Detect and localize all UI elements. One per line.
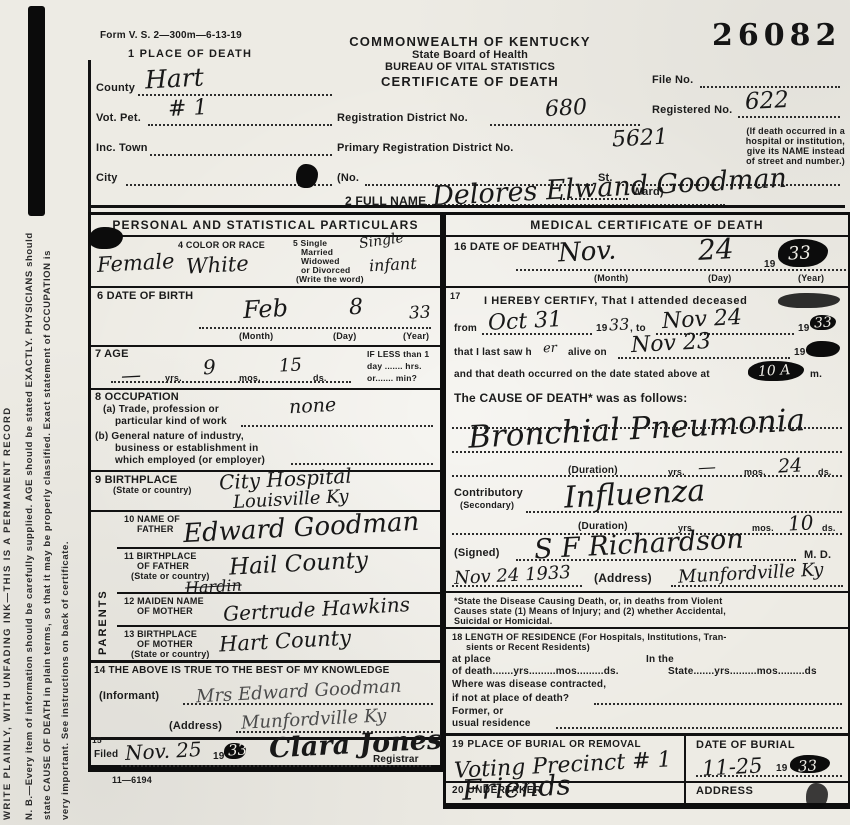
father-birthplace-struck-value: Hardin: [185, 576, 243, 598]
dotted-leader: [482, 333, 592, 335]
dob-day-sublabel: (Day): [333, 331, 357, 342]
dob-year-sublabel: (Year): [403, 331, 429, 342]
dotted-leader: [138, 94, 332, 96]
dotted-leader: [452, 427, 842, 429]
rule: [88, 205, 845, 208]
signed-address-label: (Address): [594, 571, 652, 585]
cause-value: Bronchial Pneumonia: [467, 402, 806, 456]
ifless-line3: or....... min?: [367, 373, 417, 383]
father-name-label-line2: FATHER: [137, 524, 174, 535]
informant-address-label: (Address): [169, 720, 222, 733]
meridiem-label: m.: [810, 369, 822, 381]
rule: [91, 388, 440, 390]
dotted-leader: [150, 154, 332, 156]
ink-blot-over-deceased: [778, 293, 840, 308]
birthplace-sublabel: (State or country): [113, 485, 192, 496]
county-value: Hart: [144, 62, 204, 94]
mother-birthplace-value: Hart County: [218, 626, 351, 657]
occupation-a-line2: particular kind of work: [115, 416, 227, 428]
age-mos-value: 9: [202, 355, 216, 380]
vot-pet-label: Vot. Pet.: [96, 112, 141, 125]
father-name-value: Edward Goodman: [182, 507, 420, 549]
certify-number: 17: [450, 291, 460, 302]
age-ds-value: 15: [278, 354, 302, 376]
rule: [117, 625, 440, 627]
dotted-leader: [452, 585, 582, 587]
signed-label: (Signed): [454, 547, 500, 560]
ink-blot-over-sex-label: [89, 227, 123, 249]
occupation-b-line3: which employed (or employer): [115, 455, 265, 467]
personal-particulars-section: PERSONAL AND STATISTICAL PARTICULARS Fem…: [88, 212, 443, 772]
death-certificate-scan: WRITE PLAINLY, WITH UNFADING INK—THIS IS…: [0, 0, 850, 825]
rule: [91, 286, 440, 288]
burial-year-prefix: 19: [776, 763, 788, 775]
dotted-leader: [516, 269, 846, 271]
rule: [446, 286, 848, 288]
attended-from-value: Oct 31: [487, 307, 562, 336]
left-section-title: PERSONAL AND STATISTICAL PARTICULARS: [91, 218, 440, 232]
margin-note-line4: very important. See instructions on back…: [60, 300, 71, 820]
rule: [684, 781, 686, 803]
from-label: from: [454, 323, 477, 335]
dotted-leader: [556, 727, 842, 729]
dod-month-value: Nov.: [557, 235, 617, 268]
residence-label-line2: sients or Recent Residents): [466, 642, 590, 653]
dob-month-value: Feb: [242, 294, 288, 324]
dotted-leader: [241, 425, 433, 427]
marital-value-word2: infant: [369, 254, 418, 275]
lastsaw-year-prefix: 19: [794, 347, 806, 359]
vot-pet-value: # 1: [167, 95, 208, 122]
contributory-value: Influenza: [563, 473, 706, 515]
dod-day-sublabel: (Day): [708, 273, 732, 284]
place-of-death-label: 1 PLACE OF DEATH: [128, 48, 252, 61]
registrar-label: Registrar: [373, 754, 419, 766]
rule: [91, 660, 440, 663]
marital-value-word1: Single: [358, 230, 405, 252]
dob-label: 6 DATE OF BIRTH: [97, 290, 193, 303]
race-value: White: [185, 251, 249, 278]
county-label: County: [96, 82, 135, 95]
scan-artifact-bar: [28, 6, 45, 216]
stamp-number: 26082: [712, 18, 841, 53]
form-code: Form V. S. 2—300m—6-13-19: [100, 30, 242, 42]
mother-birthplace-label-line3: (State or country): [131, 649, 210, 660]
medical-certificate-section: MEDICAL CERTIFICATE OF DEATH 16 DATE OF …: [443, 212, 850, 809]
dotted-leader: [199, 327, 431, 329]
residence-of-death-line: of death.......yrs.........mos.........d…: [452, 666, 619, 678]
residence-usual-label: usual residence: [452, 718, 531, 730]
dotted-leader: [738, 116, 840, 118]
alive-on-label: alive on: [568, 347, 607, 359]
mother-maiden-label-line2: OF MOTHER: [137, 606, 193, 617]
residence-state-line: State.......yrs.........mos.........ds: [668, 666, 817, 678]
age-yrs-value: —: [120, 362, 141, 387]
rule: [446, 733, 848, 736]
attended-from-year: 33: [609, 314, 630, 334]
dotted-leader: [696, 775, 842, 777]
dotted-leader: [671, 585, 843, 587]
age-label: 7 AGE: [95, 348, 129, 361]
sex-value: Female: [96, 249, 175, 277]
dotted-leader: [516, 559, 796, 561]
race-label: 4 COLOR OR RACE: [178, 240, 265, 251]
occupation-b-line2: business or establishment in: [115, 443, 258, 455]
informant-label: (Informant): [99, 690, 159, 703]
lastsaw-label: that I last saw h: [454, 347, 532, 359]
filed-year-prefix: 19: [213, 751, 225, 763]
commonwealth-title: COMMONWEALTH OF KENTUCKY: [315, 34, 625, 49]
dod-year-sublabel: (Year): [798, 273, 824, 284]
burial-date-label: DATE OF BURIAL: [696, 739, 795, 752]
residence-where-label: Where was disease contracted,: [452, 679, 606, 691]
dod-label: 16 DATE OF DEATH: [454, 241, 560, 254]
rule: [117, 547, 440, 549]
rule: [91, 345, 440, 347]
rule: [446, 591, 848, 593]
residence-ifnot-label: if not at place of death?: [452, 693, 569, 705]
dotted-leader: [618, 357, 790, 359]
dob-year-value: 33: [408, 302, 431, 323]
mother-maiden-value: Gertrude Hawkins: [223, 592, 411, 626]
attended-to-year: 33: [814, 315, 833, 332]
registered-no-value: 622: [744, 87, 789, 115]
city-label: City: [96, 172, 118, 185]
dotted-leader: [111, 381, 351, 383]
contributory-label: Contributory: [454, 487, 523, 500]
secondary-label: (Secondary): [460, 500, 514, 511]
occupation-value: none: [288, 394, 336, 418]
residence-at-place-label: at place: [452, 654, 491, 666]
burial-place-label: 19 PLACE OF BURIAL OR REMOVAL: [452, 739, 641, 751]
dotted-leader: [594, 703, 842, 705]
dotted-leader: [183, 703, 433, 705]
contrib-duration-ds-value: 10: [787, 510, 814, 535]
death-time-value: 10 A: [758, 362, 791, 380]
residence-in-the-label: In the: [646, 654, 674, 666]
dod-day-value: 24: [697, 232, 734, 267]
occupation-label: 8 OCCUPATION: [95, 391, 179, 404]
dotted-leader: [490, 124, 640, 126]
dod-month-sublabel: (Month): [594, 273, 628, 284]
lastsaw-pronoun: er: [543, 341, 558, 357]
parents-vertical-label: PARENTS: [97, 515, 109, 655]
rule: [446, 235, 848, 237]
cause-label: The CAUSE OF DEATH* was as follows:: [454, 391, 687, 405]
burial-year-value: 33: [798, 757, 818, 776]
ink-blot: [806, 341, 840, 357]
father-birthplace-value: Hail County: [228, 547, 368, 580]
dob-day-value: 8: [348, 295, 363, 321]
right-section-title: MEDICAL CERTIFICATE OF DEATH: [446, 218, 848, 232]
registration-district-label: Registration District No.: [337, 112, 468, 125]
lastsaw-value: Nov 23: [630, 329, 711, 358]
filed-label: Filed: [94, 749, 118, 761]
signed-address-value: Munfordville Ky: [678, 559, 824, 588]
dotted-leader: [452, 451, 842, 453]
registration-district-value: 680: [544, 95, 587, 122]
marital-label-line5: (Write the word): [296, 274, 364, 284]
ifless-line1: IF LESS than 1: [367, 349, 429, 359]
undertaker-value: Friends: [461, 768, 571, 807]
to-year-prefix: 19: [798, 323, 810, 335]
filed-year-value: 33: [228, 741, 248, 760]
occurred-label: and that death occurred on the date stat…: [454, 369, 710, 381]
filed-date-value: Nov. 25: [124, 737, 202, 765]
informant-section-title: 14 THE ABOVE IS TRUE TO THE BEST OF MY K…: [94, 665, 390, 677]
dob-month-sublabel: (Month): [239, 331, 273, 342]
ifless-line2: day ....... hrs.: [367, 361, 422, 371]
dod-year-value: 33: [787, 242, 811, 264]
from-year-prefix: 19: [596, 323, 608, 335]
file-no-label: File No.: [652, 74, 693, 87]
dotted-leader: [148, 124, 332, 126]
ink-blot: [806, 783, 828, 809]
margin-note-line1: WRITE PLAINLY, WITH UNFADING INK—THIS IS…: [2, 50, 13, 820]
bureau-subtitle: BUREAU OF VITAL STATISTICS: [315, 61, 625, 74]
residence-former-label: Former, or: [452, 706, 503, 718]
primary-registration-label: Primary Registration District No.: [337, 142, 514, 155]
registered-no-label: Registered No.: [652, 104, 732, 117]
rule: [446, 627, 848, 629]
certificate-title: CERTIFICATE OF DEATH: [315, 74, 625, 89]
inc-town-label: Inc. Town: [96, 142, 148, 155]
undertaker-address-label: ADDRESS: [696, 785, 753, 798]
occupation-b-line1: (b) General nature of industry,: [95, 431, 244, 443]
street-no-label: (No.: [337, 172, 359, 185]
rule: [88, 60, 91, 212]
filed-number: 15: [92, 735, 102, 745]
footnote-line3: Suicidal or Homicidal.: [454, 616, 552, 627]
primary-registration-value: 5621: [611, 125, 668, 153]
occupation-a-line1: (a) Trade, profession or: [103, 404, 219, 416]
bottom-form-code: 11—6194: [112, 775, 152, 786]
